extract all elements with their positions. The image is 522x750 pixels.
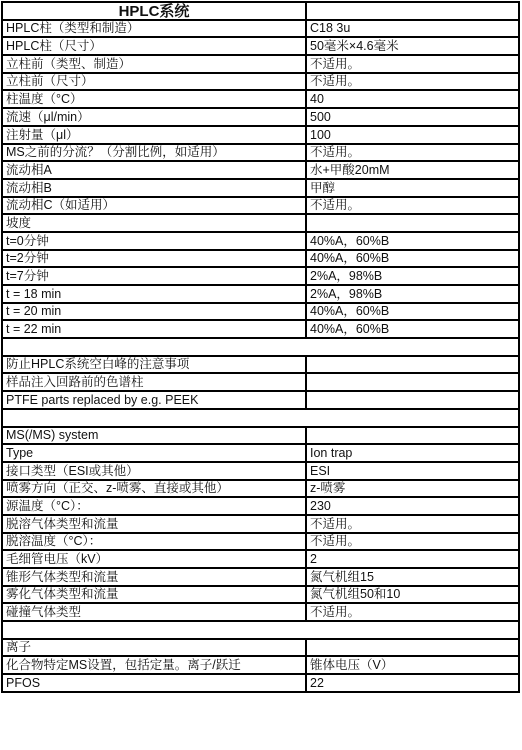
row-label: 柱温度（°C） (2, 90, 306, 108)
row-value: z-喷雾 (306, 480, 519, 498)
table-row: MS之前的分流？（分割比例，如适用）不适用。 (2, 144, 519, 162)
row-value (306, 373, 519, 391)
row-label: HPLC柱（尺寸） (2, 37, 306, 55)
table-row: 脱溶气体类型和流量不适用。 (2, 515, 519, 533)
table-row: 流动相B甲醇 (2, 179, 519, 197)
row-label: 流动相C（如适用） (2, 197, 306, 215)
gradient-row: t = 18 min2%A，98%B (2, 285, 519, 303)
row-value: ESI (306, 462, 519, 480)
row-value: 40%A，60%B (306, 232, 519, 250)
row-value: 40%A，60%B (306, 250, 519, 268)
row-value: C18 3u (306, 20, 519, 38)
table-row: PTFE parts replaced by e.g. PEEK (2, 391, 519, 409)
row-value (306, 356, 519, 374)
row-value: 水+甲酸20mM (306, 161, 519, 179)
row-label: 流动相A (2, 161, 306, 179)
row-value: 氮气机组50和10 (306, 586, 519, 604)
gradient-row: t=2分钟40%A，60%B (2, 250, 519, 268)
row-label: 立柱前（尺寸） (2, 73, 306, 91)
table-header-row: HPLC系统 (2, 2, 519, 20)
row-value: 不适用。 (306, 197, 519, 215)
row-label: 立柱前（类型、制造） (2, 55, 306, 73)
table-row: 喷雾方向（正交、z-喷雾、直接或其他）z-喷雾 (2, 480, 519, 498)
table-row: 毛细管电压（kV）2 (2, 550, 519, 568)
table-row: 注射量（μl）100 (2, 126, 519, 144)
table-row: 立柱前（尺寸）不适用。 (2, 73, 519, 91)
row-label: 流速（μl/min） (2, 108, 306, 126)
gradient-row: t=0分钟40%A，60%B (2, 232, 519, 250)
row-label: Type (2, 444, 306, 462)
spacer-cell (2, 409, 519, 427)
spacer-row (2, 409, 519, 427)
table-row: 立柱前（类型、制造）不适用。 (2, 55, 519, 73)
row-label: 样品注入回路前的色谱柱 (2, 373, 306, 391)
row-label: t=7分钟 (2, 267, 306, 285)
row-label: 锥形气体类型和流量 (2, 568, 306, 586)
row-value (306, 391, 519, 409)
row-label: 脱溶气体类型和流量 (2, 515, 306, 533)
table-row: 流动相C（如适用）不适用。 (2, 197, 519, 215)
table-row: 脱溶温度（°C）：不适用。 (2, 533, 519, 551)
table-row: 防止HPLC系统空白峰的注意事项 (2, 356, 519, 374)
row-value: 40 (306, 90, 519, 108)
table-row: 流速（μl/min）500 (2, 108, 519, 126)
row-label: 离子 (2, 639, 306, 657)
row-label: PFOS (2, 674, 306, 692)
row-value: 100 (306, 126, 519, 144)
row-value: 2%A，98%B (306, 267, 519, 285)
row-value: 不适用。 (306, 533, 519, 551)
row-label: 毛细管电压（kV） (2, 550, 306, 568)
hplc-ms-parameters-table: HPLC系统 HPLC柱（类型和制造）C18 3u HPLC柱（尺寸）50毫米×… (1, 1, 520, 693)
row-label: 碰撞气体类型 (2, 603, 306, 621)
row-value: 不适用。 (306, 515, 519, 533)
table-row: 雾化气体类型和流量氮气机组50和10 (2, 586, 519, 604)
row-value: 锥体电压（V） (306, 656, 519, 674)
spacer-cell (2, 338, 519, 356)
row-label: t=0分钟 (2, 232, 306, 250)
row-label: MS之前的分流？（分割比例，如适用） (2, 144, 306, 162)
gradient-row: t=7分钟2%A，98%B (2, 267, 519, 285)
spacer-cell (2, 621, 519, 639)
row-value: 40%A，60%B (306, 320, 519, 338)
row-value: 2 (306, 550, 519, 568)
table-row: 流动相A水+甲酸20mM (2, 161, 519, 179)
gradient-row: t = 20 min40%A，60%B (2, 303, 519, 321)
table-header-empty-cell (306, 2, 519, 20)
table-row: HPLC柱（类型和制造）C18 3u (2, 20, 519, 38)
row-label: 脱溶温度（°C）： (2, 533, 306, 551)
spacer-row (2, 338, 519, 356)
row-value: 不适用。 (306, 55, 519, 73)
table-row: 锥形气体类型和流量氮气机组15 (2, 568, 519, 586)
row-label: 接口类型（ESI或其他） (2, 462, 306, 480)
row-label: PTFE parts replaced by e.g. PEEK (2, 391, 306, 409)
row-value: Ion trap (306, 444, 519, 462)
row-label: t = 20 min (2, 303, 306, 321)
table-row: PFOS22 (2, 674, 519, 692)
row-value: 230 (306, 497, 519, 515)
row-label: 源温度（°C）： (2, 497, 306, 515)
table-row: 样品注入回路前的色谱柱 (2, 373, 519, 391)
table-row: 源温度（°C）：230 (2, 497, 519, 515)
row-value: 22 (306, 674, 519, 692)
row-value: 不适用。 (306, 144, 519, 162)
row-label: 注射量（μl） (2, 126, 306, 144)
row-value: 50毫米×4.6毫米 (306, 37, 519, 55)
row-value (306, 427, 519, 445)
row-label: t = 18 min (2, 285, 306, 303)
table-row: 坡度 (2, 214, 519, 232)
table-row: TypeIon trap (2, 444, 519, 462)
row-value: 500 (306, 108, 519, 126)
row-value: 不适用。 (306, 73, 519, 91)
row-label: 雾化气体类型和流量 (2, 586, 306, 604)
row-label: HPLC柱（类型和制造） (2, 20, 306, 38)
table-row: HPLC柱（尺寸）50毫米×4.6毫米 (2, 37, 519, 55)
table-row: 化合物特定MS设置，包括定量。离子/跃迁锥体电压（V） (2, 656, 519, 674)
gradient-row: t = 22 min40%A，60%B (2, 320, 519, 338)
row-label: MS(/MS) system (2, 427, 306, 445)
row-label: 流动相B (2, 179, 306, 197)
table-row: 柱温度（°C）40 (2, 90, 519, 108)
table-row: 接口类型（ESI或其他）ESI (2, 462, 519, 480)
table-row: MS(/MS) system (2, 427, 519, 445)
row-label: 喷雾方向（正交、z-喷雾、直接或其他） (2, 480, 306, 498)
row-value: 氮气机组15 (306, 568, 519, 586)
row-value (306, 214, 519, 232)
row-value: 甲醇 (306, 179, 519, 197)
row-value: 不适用。 (306, 603, 519, 621)
row-label: 坡度 (2, 214, 306, 232)
row-value: 40%A，60%B (306, 303, 519, 321)
row-label: 防止HPLC系统空白峰的注意事项 (2, 356, 306, 374)
row-label: 化合物特定MS设置，包括定量。离子/跃迁 (2, 656, 306, 674)
row-label: t=2分钟 (2, 250, 306, 268)
table-row: 离子 (2, 639, 519, 657)
row-label: t = 22 min (2, 320, 306, 338)
spacer-row (2, 621, 519, 639)
table-row: 碰撞气体类型不适用。 (2, 603, 519, 621)
row-value (306, 639, 519, 657)
row-value: 2%A，98%B (306, 285, 519, 303)
table-title: HPLC系统 (2, 2, 306, 20)
